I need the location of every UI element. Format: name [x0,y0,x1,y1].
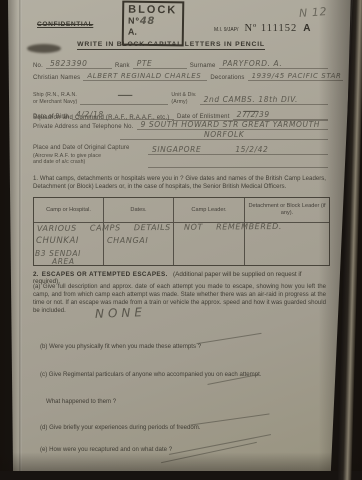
no-label: No. [33,63,43,69]
service-number-value: 5823390 [46,59,112,69]
decorations-label: Decorations [210,75,244,81]
christian-names-value: ALBERT REGINALD CHARLES [83,72,207,81]
row-address-2: NORFOLK [120,130,328,140]
col-header-leader: Camp Leader. [174,198,245,223]
form-instruction: WRITE IN BLOCK CAPITAL LETTERS IN PENCIL [0,41,342,48]
col-header-dates: Dates. [104,198,174,223]
stamp-number: 48 [140,16,155,27]
christian-names-label: Christian Names [33,75,80,81]
camps-entry-changai: CHANGAI [107,236,148,245]
capture-date-value: 15/2/42 [235,145,268,154]
decorations-value: 1939/45 PACIFIC STAR [248,72,344,81]
capture-place-value: SINGAPORE [152,145,201,154]
question-2c-text: (c) Give Regimental particulars of anyon… [40,371,282,379]
row-no-rank-surname: No. 5823390 Rank PTE Surname PARYFORD. A… [33,59,328,69]
surname-label: Surname [190,63,216,69]
question-1-text: 1. What camps, detachments or hospitals … [33,175,326,191]
col-header-camp: Camp or Hospital. [34,198,104,223]
reference-number: M.I. 9/JAP/ Nº 111152 A [214,23,310,34]
paper-crease [19,0,22,471]
scanned-document: CONFIDENTIAL BLOCK Nº48 A. M.I. 9/JAP/ N… [0,0,362,480]
rank-label: Rank [115,63,130,69]
row-christian-decorations: Christian Names ALBERT REGINALD CHARLES … [33,72,328,81]
surname-value: PARYFORD. A. [219,59,329,69]
dob-value: 4/2/18 [72,110,174,120]
capture-values: SINGAPORE 15/2/42 [148,145,328,168]
stamp-line3: A. [128,27,178,38]
question-2d-text: (d) Give briefly your experiences during… [40,424,242,432]
question-2a-text: (a) Give full description and approx. da… [33,283,326,315]
address-label: Private Address and Telephone No. [33,124,134,130]
rank-value: PTE [133,59,187,69]
enlistment-value: 27/2/39 [233,110,328,120]
capture-label: Place and Date of Original Capture (Airc… [33,145,145,166]
section-2-number: 2. [33,271,38,278]
ref-suffix: A [303,23,310,34]
section-2-title: ESCAPES OR ATTEMPTED ESCAPES. [42,271,168,278]
ref-prefix: M.I. 9/JAP/ [214,27,238,33]
address-value-2: NORFOLK [120,130,328,140]
answer-none: NONE [95,305,146,321]
row-capture: Place and Date of Original Capture (Airc… [33,145,328,168]
stamp-line2: Nº48 [128,16,178,28]
stamp-no-label: Nº [128,16,140,26]
question-2b-text: (b) Were you physically fit when you mad… [40,343,262,351]
question-2c2-text: What happened to them ? [46,398,182,406]
col-header-block-leader: Detachment or Block Leader (if any). [245,198,329,223]
row-address: Private Address and Telephone No. 9 SOUT… [33,120,328,130]
stamp-line1: BLOCK [128,4,178,17]
camps-entry-chunkai: CHUNKAI [36,236,79,246]
capture-line1: SINGAPORE 15/2/42 [148,145,328,155]
camps-entry-area: AREA [52,257,75,266]
row-dob-enlistment: Date of Birth 4/2/18 Date of Enlistment … [33,110,328,120]
address-value: 9 SOUTH HOWARD STR GREAT YARMOUTH [137,120,328,130]
pencil-annotation: N 12 [299,5,328,20]
capture-line2 [148,159,328,168]
confidential-marking: CONFIDENTIAL [37,21,93,28]
ref-number: Nº 111152 [244,23,297,34]
block-number-stamp: BLOCK Nº48 A. [122,1,185,47]
